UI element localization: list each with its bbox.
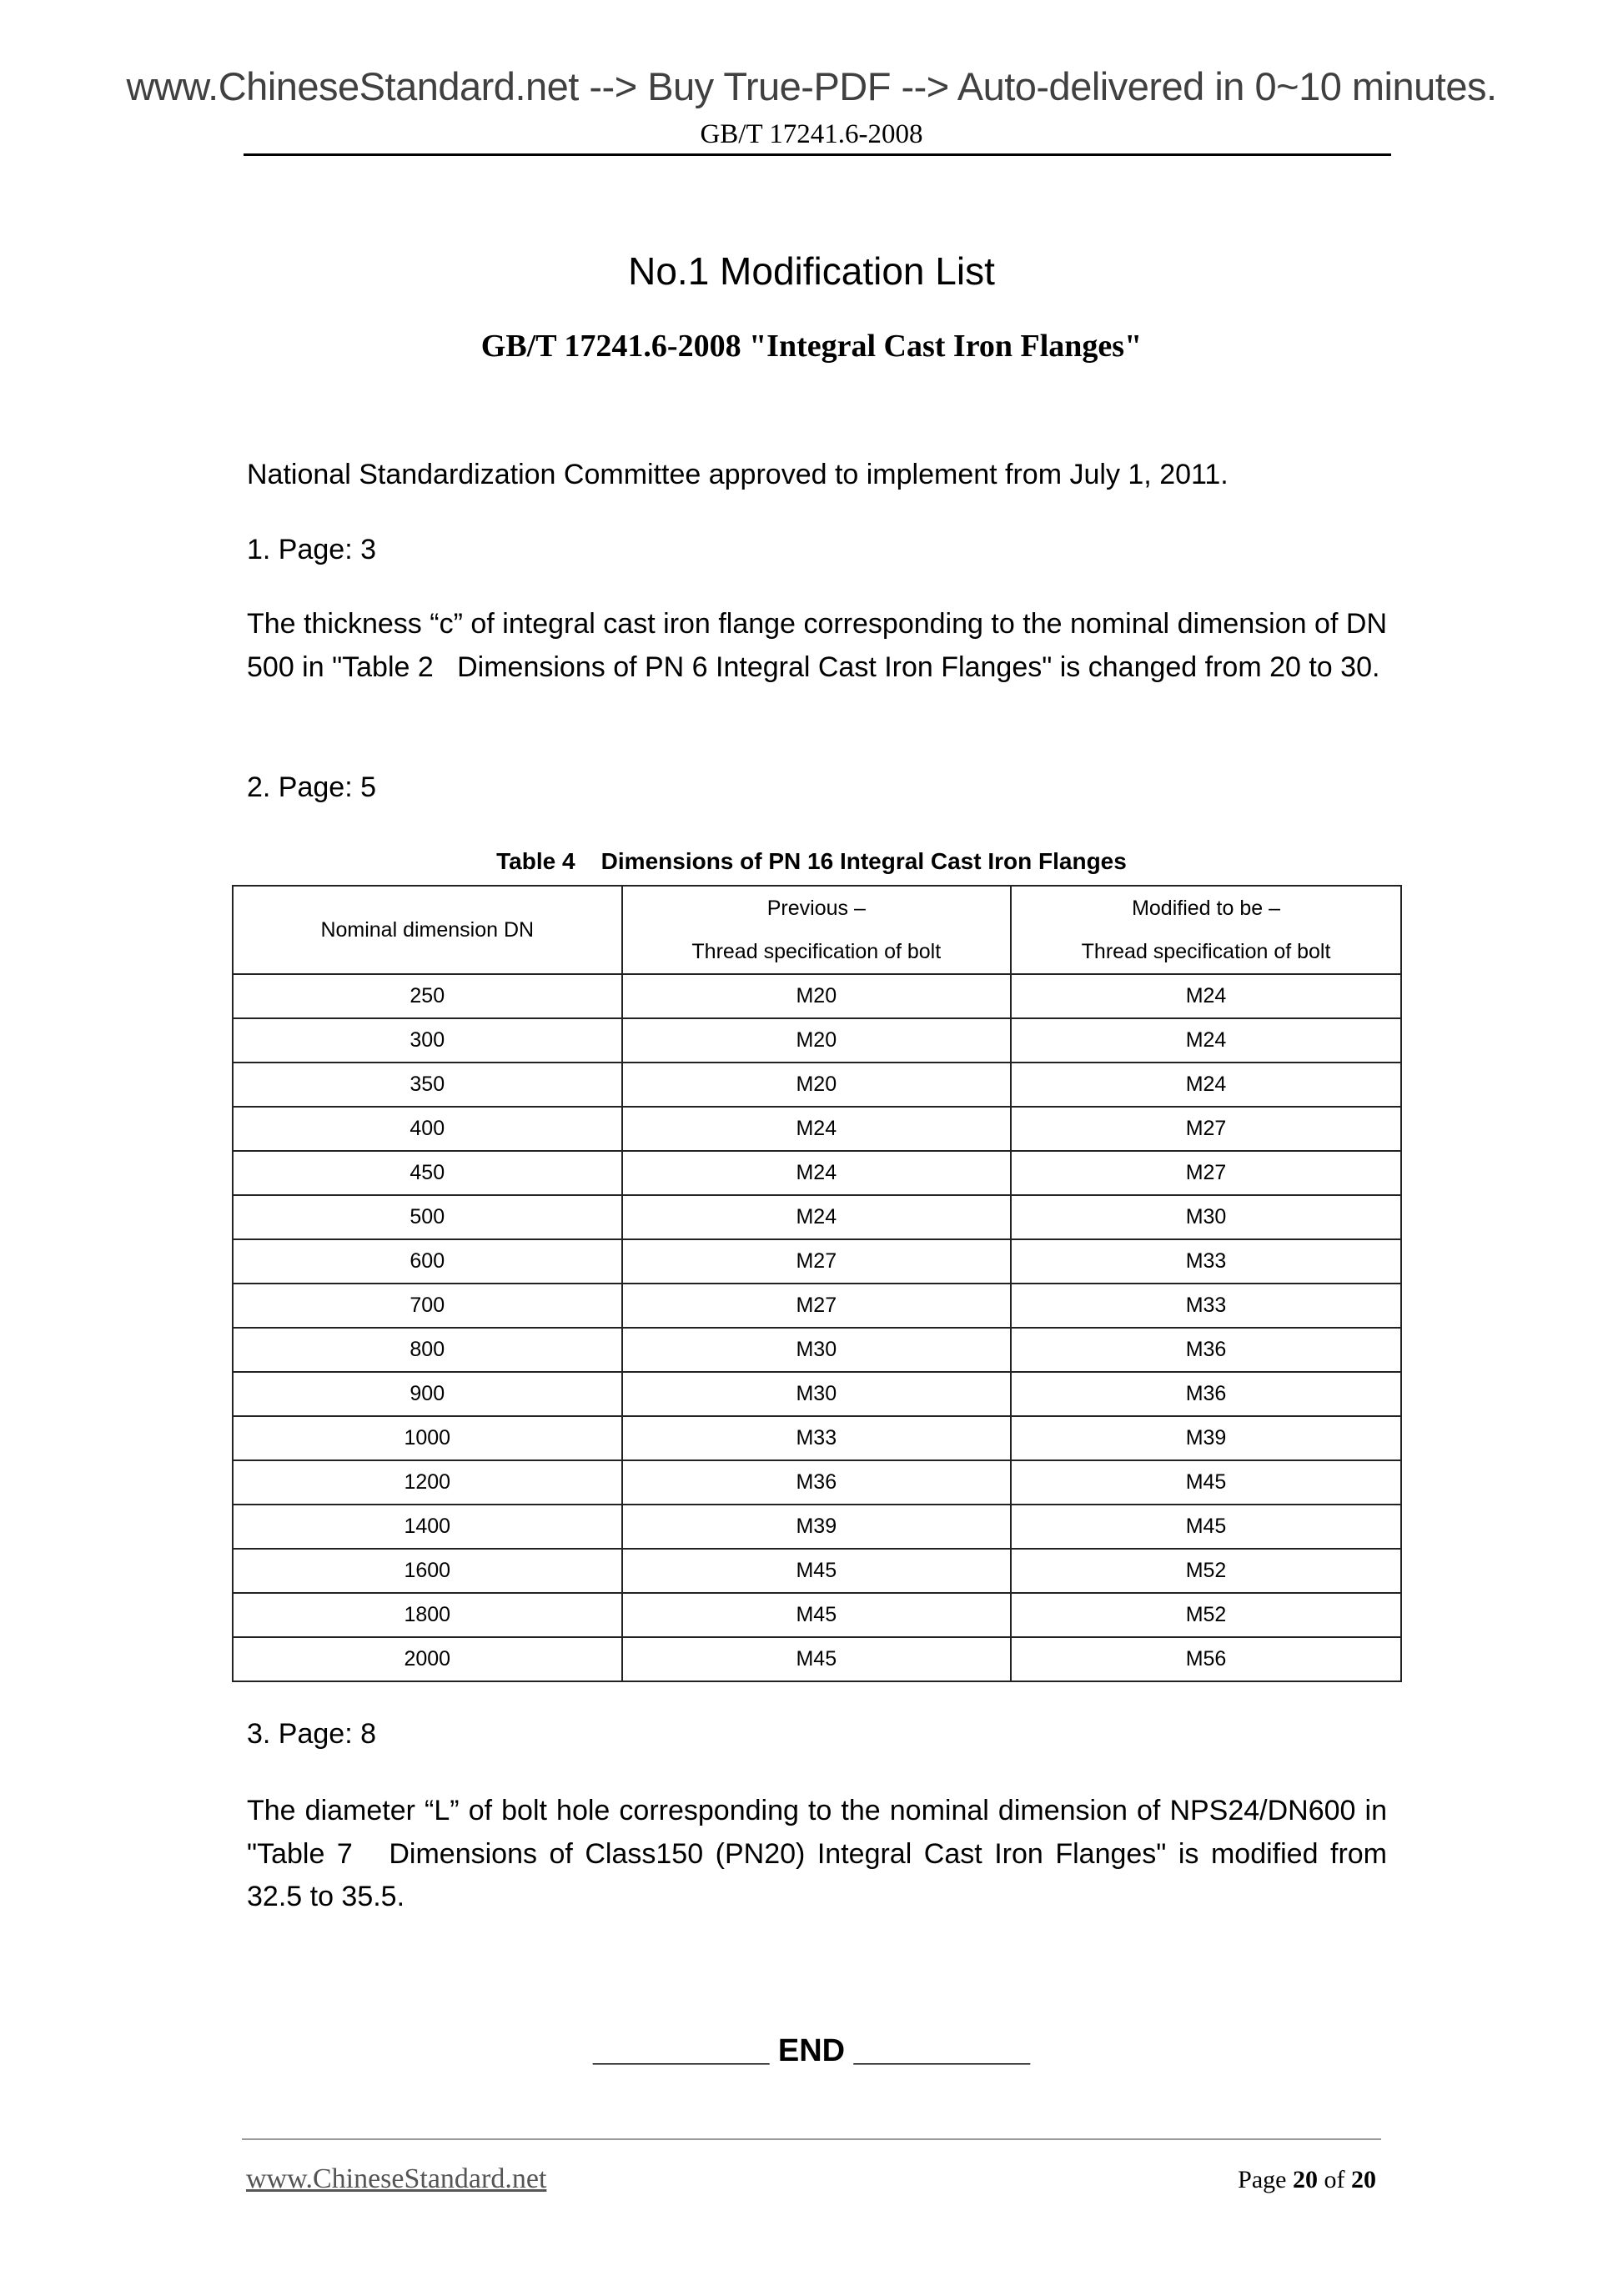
table-row: 600M27M33	[233, 1239, 1401, 1284]
cell-previous-thread: M24	[622, 1195, 1012, 1239]
table-row: 350M20M24	[233, 1063, 1401, 1107]
cell-modified-thread: M56	[1011, 1637, 1401, 1681]
cell-previous-thread: M45	[622, 1637, 1012, 1681]
cell-previous-thread: M33	[622, 1416, 1012, 1460]
cell-previous-thread: M27	[622, 1284, 1012, 1328]
cell-modified-thread: M33	[1011, 1284, 1401, 1328]
cell-nominal-dn: 800	[233, 1328, 622, 1372]
table-caption: Table 4 Dimensions of PN 16 Integral Cas…	[0, 848, 1623, 875]
cell-previous-thread: M30	[622, 1328, 1012, 1372]
end-mark: __________ END __________	[0, 2033, 1623, 2069]
table-body: 250M20M24300M20M24350M20M24400M24M27450M…	[233, 974, 1401, 1681]
cell-nominal-dn: 1200	[233, 1460, 622, 1505]
intro-text: National Standardization Committee appro…	[247, 459, 1229, 491]
header-modified-line2: Thread specification of bolt	[1012, 930, 1400, 973]
item-3-heading: 3. Page: 8	[247, 1718, 376, 1751]
cell-modified-thread: M24	[1011, 1063, 1401, 1107]
item-2-heading: 2. Page: 5	[247, 771, 376, 804]
cell-nominal-dn: 1800	[233, 1593, 622, 1637]
cell-previous-thread: M24	[622, 1151, 1012, 1195]
header-divider	[244, 153, 1391, 156]
cell-modified-thread: M45	[1011, 1460, 1401, 1505]
cell-nominal-dn: 600	[233, 1239, 622, 1284]
cell-modified-thread: M33	[1011, 1239, 1401, 1284]
cell-nominal-dn: 300	[233, 1018, 622, 1063]
table-row: 700M27M33	[233, 1284, 1401, 1328]
cell-nominal-dn: 2000	[233, 1637, 622, 1681]
current-page: 20	[1293, 2166, 1318, 2193]
cell-previous-thread: M24	[622, 1107, 1012, 1151]
cell-modified-thread: M27	[1011, 1151, 1401, 1195]
header-previous-line1: Previous –	[623, 887, 1011, 930]
cell-modified-thread: M36	[1011, 1372, 1401, 1416]
table-row: 500M24M30	[233, 1195, 1401, 1239]
page-title: No.1 Modification List	[0, 249, 1623, 294]
cell-previous-thread: M36	[622, 1460, 1012, 1505]
table-row: 1200M36M45	[233, 1460, 1401, 1505]
cell-modified-thread: M24	[1011, 974, 1401, 1018]
item-1-heading: 1. Page: 3	[247, 534, 376, 566]
cell-previous-thread: M20	[622, 974, 1012, 1018]
cell-nominal-dn: 400	[233, 1107, 622, 1151]
table-row: 1600M45M52	[233, 1549, 1401, 1593]
table-row: 250M20M24	[233, 974, 1401, 1018]
header-previous-line2: Thread specification of bolt	[623, 930, 1011, 973]
table-row: 1800M45M52	[233, 1593, 1401, 1637]
cell-nominal-dn: 1000	[233, 1416, 622, 1460]
cell-modified-thread: M52	[1011, 1593, 1401, 1637]
footer-site-link[interactable]: www.ChineseStandard.net	[246, 2163, 546, 2195]
cell-previous-thread: M27	[622, 1239, 1012, 1284]
cell-previous-thread: M30	[622, 1372, 1012, 1416]
cell-nominal-dn: 1600	[233, 1549, 622, 1593]
cell-nominal-dn: 700	[233, 1284, 622, 1328]
cell-modified-thread: M39	[1011, 1416, 1401, 1460]
footer-divider	[242, 2138, 1381, 2140]
table-row: 2000M45M56	[233, 1637, 1401, 1681]
cell-nominal-dn: 500	[233, 1195, 622, 1239]
cell-modified-thread: M36	[1011, 1328, 1401, 1372]
cell-previous-thread: M45	[622, 1549, 1012, 1593]
cell-modified-thread: M30	[1011, 1195, 1401, 1239]
item-1-text: The thickness “c” of integral cast iron …	[247, 603, 1387, 689]
header-previous: Previous – Thread specification of bolt	[622, 886, 1012, 974]
cell-modified-thread: M45	[1011, 1505, 1401, 1549]
header-nominal-dimension: Nominal dimension DN	[233, 886, 622, 974]
table-row: 900M30M36	[233, 1372, 1401, 1416]
cell-nominal-dn: 350	[233, 1063, 622, 1107]
cell-previous-thread: M20	[622, 1018, 1012, 1063]
cell-nominal-dn: 900	[233, 1372, 622, 1416]
table-row: 1000M33M39	[233, 1416, 1401, 1460]
cell-previous-thread: M39	[622, 1505, 1012, 1549]
cell-nominal-dn: 1400	[233, 1505, 622, 1549]
bolt-spec-table: Nominal dimension DN Previous – Thread s…	[232, 885, 1402, 1682]
cell-modified-thread: M27	[1011, 1107, 1401, 1151]
cell-modified-thread: M24	[1011, 1018, 1401, 1063]
footer-page-number: Page 20 of 20	[1238, 2166, 1376, 2194]
table-row: 1400M39M45	[233, 1505, 1401, 1549]
cell-nominal-dn: 450	[233, 1151, 622, 1195]
item-3-text: The diameter “L” of bolt hole correspond…	[247, 1790, 1387, 1919]
table-row: 400M24M27	[233, 1107, 1401, 1151]
cell-modified-thread: M52	[1011, 1549, 1401, 1593]
cell-nominal-dn: 250	[233, 974, 622, 1018]
table-row: 450M24M27	[233, 1151, 1401, 1195]
top-banner: www.ChineseStandard.net --> Buy True-PDF…	[0, 63, 1623, 109]
table-header-row: Nominal dimension DN Previous – Thread s…	[233, 886, 1401, 974]
table-row: 800M30M36	[233, 1328, 1401, 1372]
header-modified: Modified to be – Thread specification of…	[1011, 886, 1401, 974]
page-subtitle: GB/T 17241.6-2008 "Integral Cast Iron Fl…	[0, 328, 1623, 364]
header-doc-code: GB/T 17241.6-2008	[0, 119, 1623, 150]
header-modified-line1: Modified to be –	[1012, 887, 1400, 930]
total-pages: 20	[1351, 2166, 1376, 2193]
cell-previous-thread: M20	[622, 1063, 1012, 1107]
table-row: 300M20M24	[233, 1018, 1401, 1063]
cell-previous-thread: M45	[622, 1593, 1012, 1637]
